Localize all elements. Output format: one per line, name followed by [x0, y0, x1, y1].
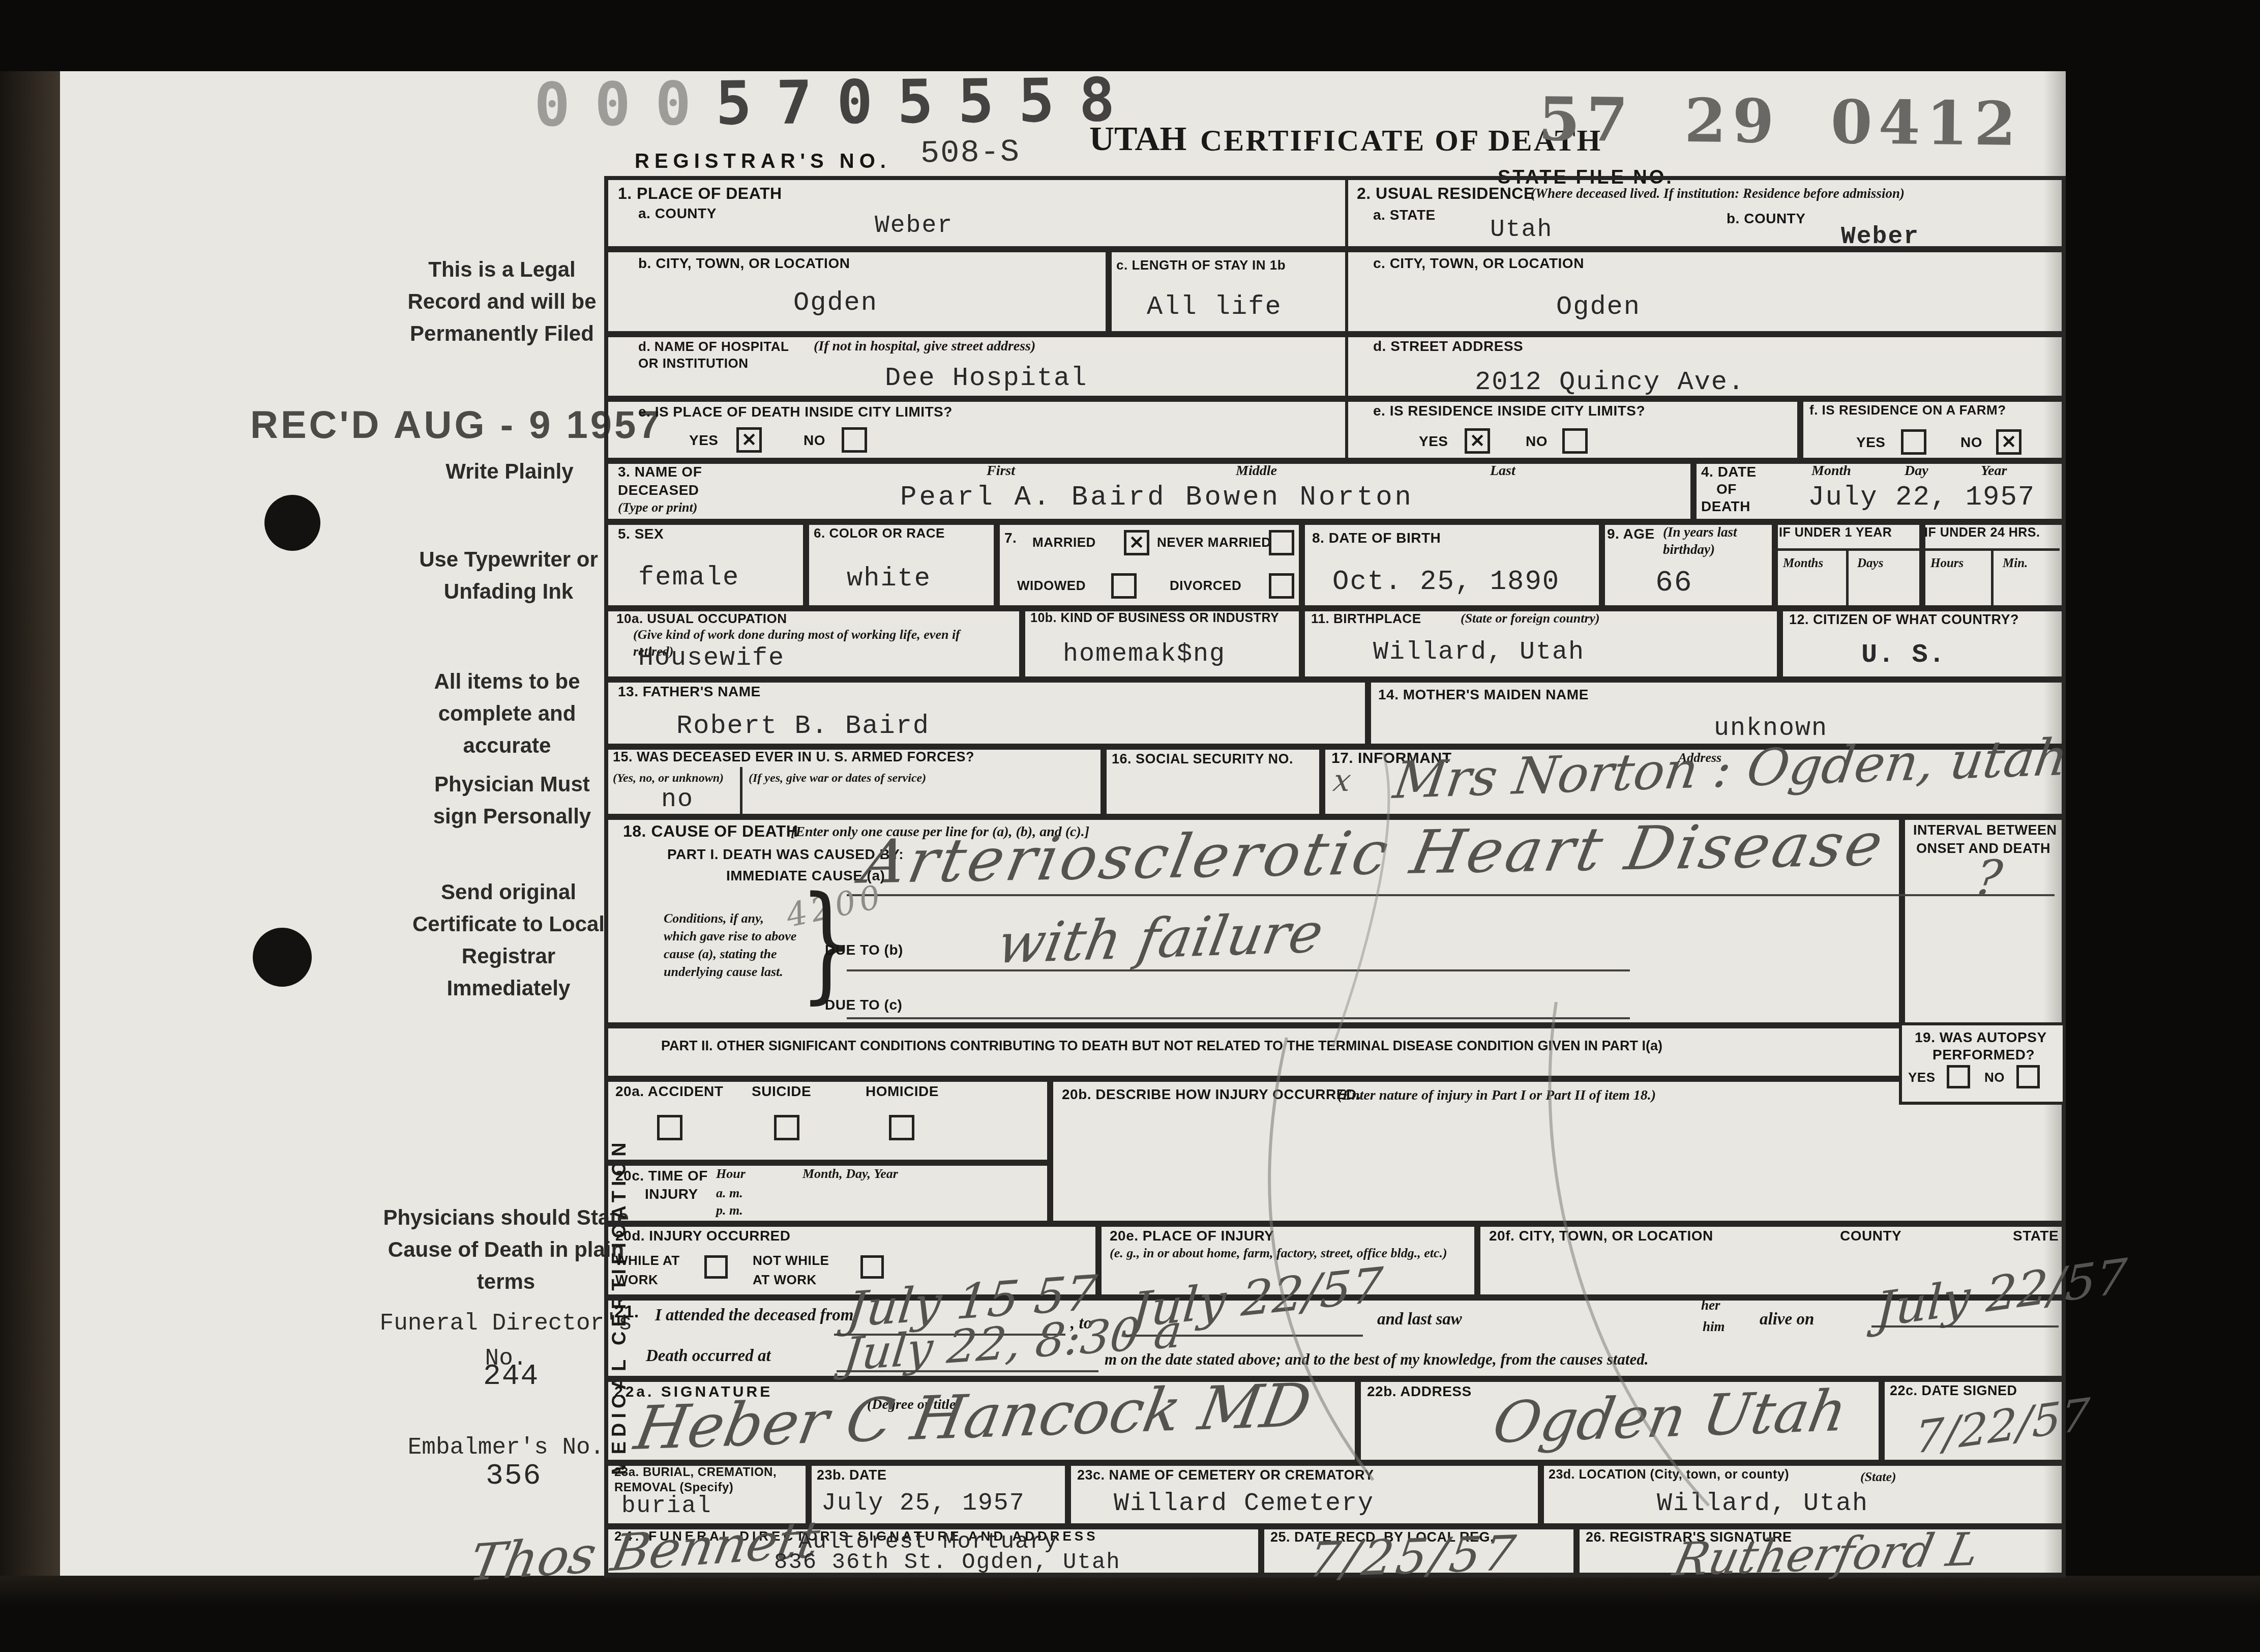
- label-2a-state: a. STATE: [1373, 206, 1436, 224]
- scanner-bed-top: [0, 0, 2260, 71]
- label-14-mother: 14. MOTHER'S MAIDEN NAME: [1378, 686, 1589, 703]
- value-23a-burial: burial: [621, 1494, 712, 1518]
- value-8-date-of-birth: Oct. 25, 1890: [1332, 569, 1560, 596]
- header-year: Year: [1981, 462, 2007, 480]
- value-25-date-recd: 7/25/57: [1305, 1529, 1521, 1585]
- value-4-date-of-death: July 22, 1957: [1808, 484, 2035, 512]
- checkbox-19-no: [2016, 1065, 2040, 1088]
- margin-note-legal-record: This is a Legal Record and will be Perma…: [398, 253, 606, 349]
- label-20f-city: 20f. CITY, TOWN, OR LOCATION: [1489, 1227, 1713, 1245]
- label-8-date-of-birth: 8. DATE OF BIRTH: [1312, 529, 1441, 547]
- value-6-color-race: white: [847, 566, 931, 592]
- label-1a-county: a. COUNTY: [638, 204, 717, 222]
- under24-divider: [1919, 548, 2060, 551]
- margin-note-complete: All items to be complete and accurate: [398, 665, 616, 761]
- value-10a-occupation: Housewife: [638, 646, 785, 671]
- state-file-no-stamp: 57 29 0412: [1538, 89, 2022, 154]
- checkbox-homicide: [889, 1115, 914, 1140]
- label-23a-burial: 23a. BURIAL, CREMATION, REMOVAL (Specify…: [614, 1465, 802, 1495]
- header-first: First: [987, 462, 1015, 480]
- value-2d-street: 2012 Quincy Ave.: [1475, 369, 1745, 396]
- label-1e-yes: YES: [689, 431, 719, 449]
- value-23b-date: July 25, 1957: [821, 1491, 1025, 1516]
- value-3-name: Pearl A. Baird Bowen Norton: [900, 484, 1414, 512]
- value-13-father: Robert B. Baird: [676, 713, 930, 740]
- label-19-autopsy-line1: 19. WAS AUTOPSY: [1915, 1028, 2047, 1046]
- label-21-alive-on: alive on: [1760, 1309, 1814, 1330]
- label-18-part2: PART II. OTHER SIGNIFICANT CONDITIONS CO…: [661, 1038, 1662, 1055]
- label-20a-accident: 20a. ACCIDENT: [615, 1082, 723, 1100]
- hole-punch-bottom: [253, 928, 312, 987]
- label-1d-hospital: d. NAME OF HOSPITAL OR INSTITUTION: [638, 338, 801, 371]
- label-7-married: MARRIED: [1032, 534, 1096, 551]
- label-20e-place-of-injury: 20e. PLACE OF INJURY: [1110, 1227, 1274, 1245]
- box-15-split: [740, 767, 742, 814]
- label-21-attended: I attended the deceased from: [655, 1305, 853, 1326]
- value-10b-industry: homemak$ng: [1063, 642, 1226, 667]
- label-2c-city: c. CITY, TOWN, OR LOCATION: [1373, 254, 1584, 272]
- value-22b-address: Ogden Utah: [1489, 1382, 1851, 1452]
- hint-9-age: (In years last birthday): [1663, 524, 1765, 558]
- label-20f-state: STATE: [2013, 1227, 2059, 1245]
- header-last: Last: [1490, 462, 1515, 480]
- value-1a-county: Weber: [875, 214, 953, 238]
- under1yr-split: [1846, 548, 1849, 605]
- label-7-widowed: WIDOWED: [1017, 577, 1086, 594]
- value-15-armed-forces: no: [661, 787, 694, 813]
- label-20d-injury-occurred: 20d. INJURY OCCURRED: [615, 1227, 791, 1245]
- hint-1d-hospital: (If not in hospital, give street address…: [814, 337, 1035, 355]
- label-1e-city-limits: e. IS PLACE OF DEATH INSIDE CITY LIMITS?: [638, 403, 953, 421]
- hint-20b-describe: (Enter nature of injury in Part I or Par…: [1337, 1086, 1656, 1104]
- label-12-citizen: 12. CITIZEN OF WHAT COUNTRY?: [1789, 611, 2019, 629]
- label-7-divorced: DIVORCED: [1170, 577, 1241, 594]
- label-16-ssn: 16. SOCIAL SECURITY NO.: [1112, 751, 1293, 768]
- label-1-place-of-death: 1. PLACE OF DEATH: [618, 183, 782, 203]
- label-20c-line2: INJURY: [645, 1185, 698, 1203]
- margin-note-physician-sign: Physician Must sign Personally: [418, 768, 606, 832]
- hint-20e-place: (e. g., in or about home, farm, factory,…: [1110, 1245, 1461, 1262]
- registrar-no-label: REGISTRAR'S NO.: [635, 149, 891, 174]
- checkbox-while-at-work: [704, 1255, 728, 1279]
- label-3-name-line1: 3. NAME OF: [618, 463, 702, 481]
- label-7: 7.: [1004, 529, 1017, 547]
- label-21-number: 21.: [614, 1301, 639, 1323]
- label-19-yes: YES: [1908, 1069, 1936, 1086]
- label-20b-describe: 20b. DESCRIBE HOW INJURY OCCURRED.: [1062, 1085, 1361, 1103]
- label-20d-work: WORK: [615, 1272, 658, 1288]
- label-13-father: 13. FATHER'S NAME: [618, 683, 761, 700]
- label-20d-at-work: AT WORK: [753, 1272, 817, 1288]
- value-24-mortuary-address: 836 36th St. Ogden, Utah: [774, 1551, 1121, 1574]
- checkbox-2e-yes: ✕: [1465, 428, 1490, 454]
- label-4-date-line1: 4. DATE: [1701, 463, 1757, 481]
- label-6-color-race: 6. COLOR OR RACE: [814, 525, 945, 542]
- value-1c-length-of-stay: All life: [1147, 294, 1282, 320]
- serial-faint: 000: [533, 68, 716, 140]
- label-3-type-or-print: (Type or print): [618, 499, 697, 516]
- label-1e-no: NO: [804, 431, 825, 449]
- underline-18c: [847, 995, 1630, 1019]
- label-21-death-occurred: Death occurred at: [646, 1346, 771, 1367]
- scanner-bed-left: [0, 0, 60, 1652]
- value-9-age: 66: [1655, 569, 1693, 598]
- value-26-registrar-signature: Rutherford L: [1670, 1527, 1983, 1583]
- checkbox-divorced: [1269, 573, 1294, 599]
- checkbox-not-while-at-work: [860, 1255, 884, 1279]
- value-23c-cemetery: Willard Cemetery: [1114, 1491, 1374, 1517]
- label-7-never-married: NEVER MARRIED: [1157, 534, 1271, 551]
- label-21-him: him: [1703, 1318, 1725, 1336]
- scanner-bed-right: [2066, 0, 2260, 1652]
- label-2-usual-residence: 2. USUAL RESIDENCE: [1357, 183, 1535, 203]
- label-15-armed-forces: 15. WAS DECEASED EVER IN U. S. ARMED FOR…: [613, 749, 974, 766]
- value-2b-county: Weber: [1841, 225, 1919, 249]
- checkbox-1e-yes: ✕: [736, 427, 762, 453]
- hint-11-birthplace: (State or foreign country): [1461, 610, 1600, 627]
- label-10b-industry: 10b. KIND OF BUSINESS OR INDUSTRY: [1030, 610, 1279, 626]
- label-23c-cemetery: 23c. NAME OF CEMETERY OR CREMATORY: [1077, 1467, 1374, 1484]
- label-10a-occupation: 10a. USUAL OCCUPATION: [616, 610, 787, 627]
- label-20d-not-while: NOT WHILE: [753, 1252, 829, 1269]
- label-22b-address: 22b. ADDRESS: [1367, 1382, 1472, 1400]
- checkbox-suicide: [774, 1115, 799, 1140]
- label-5-sex: 5. SEX: [618, 525, 664, 543]
- value-5-sex: female: [638, 565, 739, 591]
- registrar-no-value: 508-S: [920, 136, 1020, 169]
- label-20c-pm: p. m.: [716, 1202, 743, 1219]
- label-interval-line1: INTERVAL BETWEEN: [1913, 822, 2057, 839]
- label-9-age: 9. AGE: [1607, 525, 1655, 543]
- checkbox-never-married: [1269, 530, 1294, 555]
- serial-number-stamp: 0005705558: [534, 70, 1140, 135]
- label-20c-line1: 20c. TIME OF: [615, 1167, 708, 1185]
- label-20c-am: a. m.: [716, 1185, 743, 1202]
- embalmer-no-value: 356: [486, 1462, 542, 1491]
- label-1b-city: b. CITY, TOWN, OR LOCATION: [638, 254, 850, 272]
- under24-split: [1991, 548, 1994, 605]
- underline-18b: [847, 947, 1630, 971]
- label-20a-homicide: HOMICIDE: [866, 1082, 939, 1100]
- value-11-birthplace: Willard, Utah: [1373, 640, 1585, 665]
- label-min: Min.: [2003, 555, 2028, 571]
- hint-2-usual-residence: (Where deceased lived. If institution: R…: [1531, 185, 1905, 202]
- box-7: [994, 519, 1305, 611]
- checkbox-2f-no: ✕: [1996, 429, 2021, 455]
- header-middle: Middle: [1236, 462, 1277, 480]
- label-20f-county: COUNTY: [1840, 1227, 1901, 1245]
- label-2e-yes: YES: [1419, 432, 1448, 450]
- underline-18a: [847, 870, 2055, 896]
- label-20c-mdy: Month, Day, Year: [802, 1166, 898, 1183]
- label-2e-no: NO: [1526, 432, 1548, 450]
- scanner-bed-bottom: [0, 1576, 2260, 1652]
- label-11-birthplace: 11. BIRTHPLACE: [1311, 610, 1421, 627]
- label-4-date-line2: OF: [1716, 480, 1737, 498]
- under1yr-divider: [1772, 548, 1919, 551]
- label-22c-date-signed: 22c. DATE SIGNED: [1890, 1382, 2017, 1400]
- serial-main: 5705558: [716, 65, 1140, 138]
- checkbox-married: ✕: [1124, 530, 1149, 555]
- label-2f-farm: f. IS RESIDENCE ON A FARM?: [1809, 402, 2006, 419]
- label-under-24-hrs: IF UNDER 24 HRS.: [1924, 525, 2040, 541]
- label-23d-state: (State): [1860, 1469, 1896, 1486]
- label-2d-street: d. STREET ADDRESS: [1373, 337, 1523, 355]
- value-2a-state: Utah: [1490, 218, 1553, 242]
- label-months: Months: [1783, 555, 1823, 571]
- hint-15-war: (If yes, give war or dates of service): [749, 771, 1079, 786]
- label-20a-suicide: SUICIDE: [752, 1082, 811, 1100]
- value-23d-location: Willard, Utah: [1657, 1491, 1868, 1517]
- margin-note-typewriter: Use Typewriter or Unfading Ink: [394, 543, 623, 607]
- label-2f-yes: YES: [1856, 433, 1886, 451]
- certificate-title-utah: UTAH: [1089, 121, 1186, 156]
- checkbox-accident: [657, 1115, 682, 1140]
- funeral-director-no-value: 244: [483, 1362, 539, 1392]
- label-2b-county: b. COUNTY: [1727, 210, 1805, 227]
- label-hours: Hours: [1930, 555, 1964, 571]
- note-18-conditions: Conditions, if any, which gave rise to a…: [664, 909, 797, 981]
- underline-21-death: [837, 1348, 1098, 1372]
- checkbox-2f-yes: [1901, 429, 1926, 455]
- value-2c-city: Ogden: [1556, 294, 1641, 320]
- label-21-on-date: m on the date stated above; and to the b…: [1105, 1350, 1648, 1370]
- label-2e-city-limits: e. IS RESIDENCE INSIDE CITY LIMITS?: [1373, 402, 1645, 420]
- label-21-last-saw: and last saw: [1377, 1309, 1462, 1330]
- value-1b-city: Ogden: [793, 290, 878, 316]
- label-23d-location: 23d. LOCATION (City, town, or county): [1549, 1467, 1789, 1483]
- label-20d-while-at: WHILE AT: [615, 1252, 680, 1269]
- checkbox-19-yes: [1947, 1065, 1970, 1088]
- label-2f-no: NO: [1960, 433, 1982, 451]
- hole-punch-top: [264, 495, 320, 551]
- label-18-cause: 18. CAUSE OF DEATH: [623, 821, 798, 841]
- label-20c-hour: Hour: [716, 1166, 746, 1183]
- hint-15-yes-no: (Yes, no, or unknown): [613, 771, 735, 786]
- underline-21-alive: [1871, 1303, 2059, 1327]
- header-day: Day: [1905, 462, 1928, 480]
- label-4-date-line3: DEATH: [1701, 497, 1750, 515]
- header-month: Month: [1811, 462, 1851, 480]
- margin-note-plain-terms: Physicians should State Cause of Death i…: [379, 1201, 633, 1297]
- label-days: Days: [1857, 555, 1883, 571]
- label-1c-length-of-stay: c. LENGTH OF STAY IN 1b: [1116, 257, 1286, 274]
- checkbox-2e-no: [1562, 428, 1588, 454]
- margin-note-send-original: Send original Certificate to Local Regis…: [404, 876, 613, 1004]
- value-12-citizen: U. S.: [1861, 642, 1946, 668]
- checkbox-widowed: [1111, 573, 1137, 599]
- label-23b-date: 23b. DATE: [817, 1467, 887, 1484]
- margin-note-write-plainly: Write Plainly: [418, 455, 601, 487]
- label-19-no: NO: [1984, 1069, 2005, 1086]
- label-under-1-year: IF UNDER 1 YEAR: [1779, 525, 1892, 541]
- label-19-autopsy-line2: PERFORMED?: [1932, 1046, 2035, 1064]
- label-3-name-line2: DECEASED: [618, 481, 699, 499]
- checkbox-1e-no: [842, 427, 867, 453]
- label-21-her: her: [1701, 1297, 1720, 1314]
- value-1d-hospital: Dee Hospital: [885, 365, 1087, 392]
- received-date-stamp: REC'D AUG - 9 1957: [250, 406, 663, 445]
